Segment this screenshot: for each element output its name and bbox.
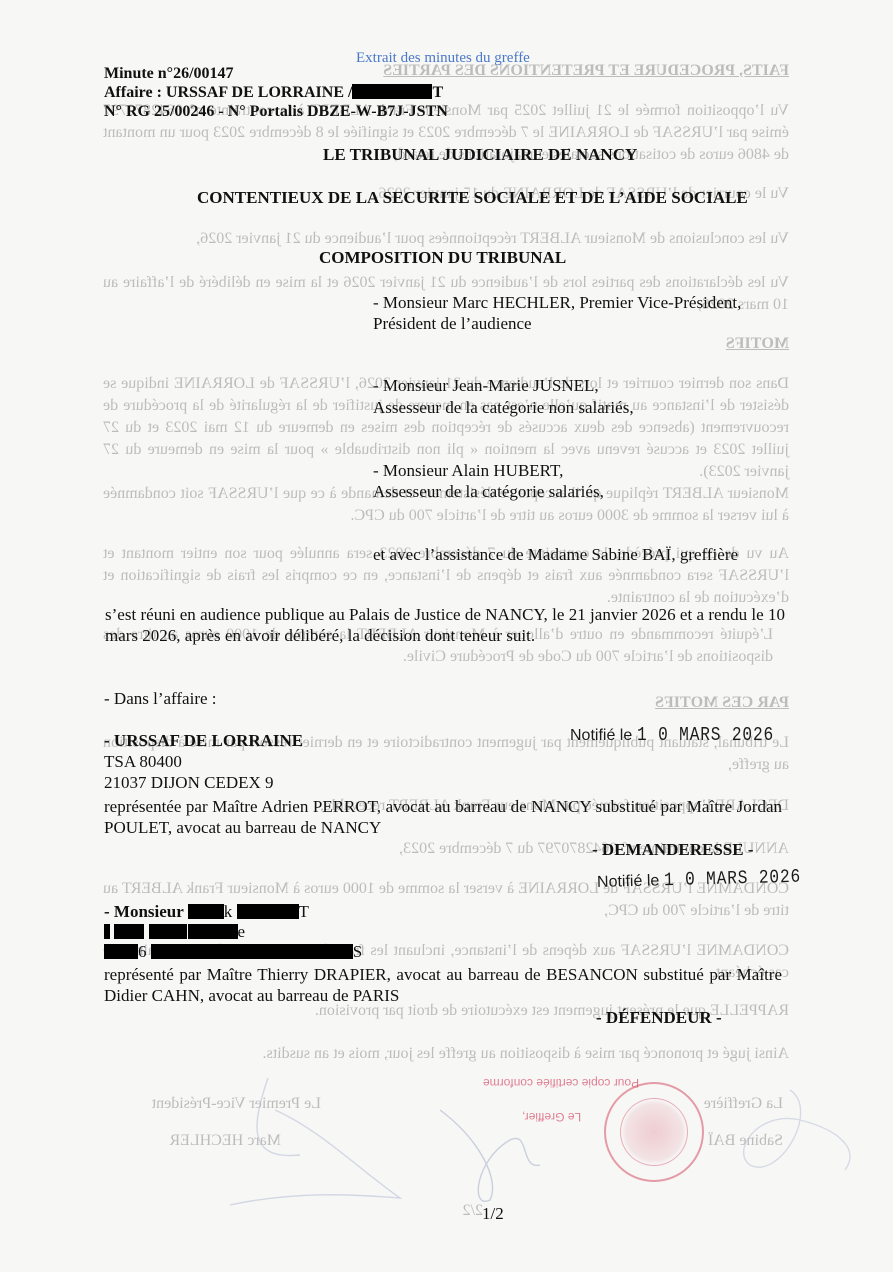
notified-label: Notifié le [597, 872, 660, 891]
redaction-bar [104, 924, 110, 939]
redaction-bar [114, 924, 144, 939]
notified-label: Notifié le [570, 727, 632, 744]
notified-stamp-plaintiff: Notifié le 1 0 MARS 2026 [570, 724, 798, 746]
rg-portalis: N° RG 25/00246 - N° Portalis DBZE-W-B7J-… [104, 102, 448, 121]
defendant-name-prefix: - Monsieur [104, 902, 184, 921]
defendant-address-2: 6 S [104, 942, 362, 962]
composition-title: COMPOSITION DU TRIBUNAL [319, 248, 566, 268]
redaction-bar [149, 924, 187, 939]
defendant-role: - DÉFENDEUR - [596, 1008, 722, 1028]
assessor-1-name: - Monsieur Jean-Marie JUSNEL, [373, 376, 599, 396]
court-title: LE TRIBUNAL JUDICIAIRE DE NANCY [323, 145, 637, 165]
defendant-name: - Monsieur k T [104, 902, 309, 922]
redaction-bar [188, 924, 238, 939]
defendant-address-1: e [104, 922, 245, 942]
certified-copy-stamp: Pour copie certifiée conforme [483, 1076, 639, 1090]
minute-number: Minute n°26/00147 [104, 64, 234, 83]
greffier-stamp: Le Greffier, [522, 1110, 581, 1124]
defendant-name-mid: k [224, 902, 233, 921]
chamber-title: CONTENTIEUX DE LA SECURITE SOCIALE ET DE… [197, 188, 748, 208]
assessor-2-name: - Monsieur Alain HUBERT, [373, 461, 563, 481]
court-seal [604, 1082, 704, 1182]
redaction-bar [188, 904, 224, 919]
assessor-2-role: Assesseur de la catégorie salariés, [373, 482, 604, 502]
plaintiff-role: - DEMANDERESSE - [592, 840, 754, 860]
seal-emblem [620, 1098, 688, 1166]
plaintiff-name: - URSSAF DE LORRAINE [104, 731, 303, 751]
plaintiff-address-2: 21037 DIJON CEDEX 9 [104, 773, 274, 793]
extrait-stamp: Extrait des minutes du greffe [356, 50, 530, 67]
defendant-name-suffix: T [299, 902, 309, 921]
redaction-bar [352, 84, 432, 99]
document-page-1: Extrait des minutes du greffe Minute n°2… [0, 0, 893, 1272]
defendant-address-2-suffix: S [353, 942, 362, 961]
assessor-1-role: Assesseur de la catégorie non salariés, [373, 398, 634, 418]
notified-date: 1 0 MARS 2026 [663, 866, 801, 892]
plaintiff-representation: représentée par Maître Adrien PERROT, av… [104, 796, 782, 838]
notified-stamp-defendant: Notifié le 1 0 MARS 2026 [597, 865, 825, 893]
redaction-bar [104, 944, 138, 959]
affaire-prefix: Affaire : URSSAF DE LORRAINE / [104, 84, 352, 101]
defendant-representation: représenté par Maître Thierry DRAPIER, a… [104, 964, 782, 1006]
president-name: - Monsieur Marc HECHLER, Premier Vice-Pr… [373, 293, 741, 313]
affaire-suffix: T [432, 84, 443, 101]
signature-strokes [100, 1070, 890, 1220]
president-role: Président de l’audience [373, 314, 532, 334]
defendant-address-2-mid: 6 [138, 942, 147, 961]
affaire-line: Affaire : URSSAF DE LORRAINE /T [104, 83, 443, 102]
notified-date: 1 0 MARS 2026 [637, 724, 774, 746]
dans-affaire-label: - Dans l’affaire : [104, 689, 217, 709]
redaction-bar [237, 904, 299, 919]
redaction-bar [151, 944, 353, 959]
plaintiff-address-1: TSA 80400 [104, 752, 182, 772]
hearing-statement: s’est réuni en audience publique au Pala… [105, 604, 785, 646]
defendant-address-1-suffix: e [238, 922, 246, 941]
page-number: 1/2 [482, 1204, 504, 1224]
clerk-assistance: et avec l’assistance de Madame Sabine BA… [373, 545, 738, 565]
